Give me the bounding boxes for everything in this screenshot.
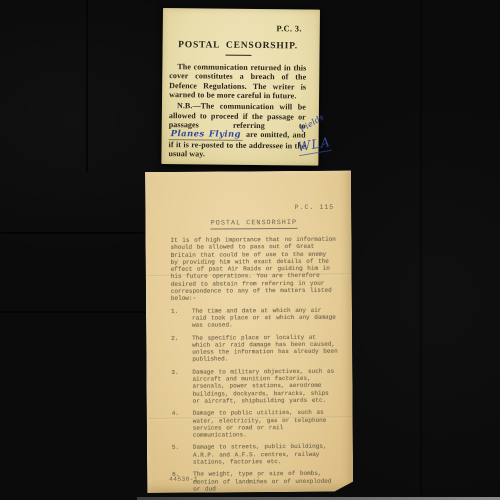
item-text: The specific place or locality at which … bbox=[192, 333, 338, 363]
pc115-intro-paragraph: It is of high importance that no informa… bbox=[170, 236, 337, 303]
item-number: 3. bbox=[171, 368, 192, 405]
album-seam bbox=[0, 232, 146, 234]
photo-background: P.C. 3. POSTAL CENSORSHIP. The communica… bbox=[0, 0, 500, 500]
item-text: Damage to public utilities, such as wate… bbox=[193, 409, 339, 439]
pc3-paragraph-1: The communication returned in this cover… bbox=[169, 62, 306, 101]
pc3-paragraph-2-before: N.B.—The communication will be allowed t… bbox=[169, 102, 306, 131]
item-text: The weight, type or size of bombs, menti… bbox=[193, 470, 339, 493]
pc115-form-number: P.C. 115 bbox=[170, 204, 337, 212]
item-text: Damage to military objectives, such as a… bbox=[192, 367, 338, 405]
pc3-title: POSTAL CENSORSHIP. bbox=[170, 40, 307, 51]
list-item: 5. Damage to streets, public buildings, … bbox=[172, 443, 339, 466]
list-item: 1. The time and date at which any air ra… bbox=[171, 306, 338, 329]
item-number: 2. bbox=[171, 334, 192, 363]
print-reference-number: 44530-1 bbox=[169, 476, 198, 483]
item-number: 1. bbox=[171, 307, 192, 329]
pc115-item-list: 1. The time and date at which any air ra… bbox=[171, 306, 339, 493]
pc3-censorship-card: P.C. 3. POSTAL CENSORSHIP. The communica… bbox=[161, 8, 320, 166]
pc3-paragraph-2: N.B.—The communication will be allowed t… bbox=[168, 101, 306, 159]
pc115-content: P.C. 115 POSTAL CENSORSHIP It is of high… bbox=[170, 171, 339, 493]
list-item: 2. The specific place or locality at whi… bbox=[171, 333, 338, 363]
album-seam bbox=[86, 0, 88, 172]
item-text: Damage to streets, public buildings, A.R… bbox=[193, 443, 339, 466]
title-rule bbox=[225, 55, 251, 56]
item-text: The time and date at which any air raid … bbox=[192, 306, 338, 329]
pc115-title: POSTAL CENSORSHIP bbox=[170, 219, 337, 228]
pc115-title-text: POSTAL CENSORSHIP bbox=[211, 219, 297, 230]
item-number: 4. bbox=[172, 410, 193, 439]
pc3-card-content: P.C. 3. POSTAL CENSORSHIP. The communica… bbox=[168, 8, 307, 160]
list-item: 4. Damage to public utilities, such as w… bbox=[172, 409, 339, 439]
pc115-censorship-notice: P.C. 115 POSTAL CENSORSHIP It is of high… bbox=[145, 171, 353, 493]
item-number: 5. bbox=[172, 444, 193, 466]
pc3-form-number: P.C. 3. bbox=[170, 22, 307, 33]
album-seam bbox=[0, 311, 146, 313]
list-item: 3. Damage to military objectives, such a… bbox=[171, 367, 338, 405]
album-seam bbox=[420, 0, 422, 500]
page-number: 1 bbox=[256, 475, 260, 482]
